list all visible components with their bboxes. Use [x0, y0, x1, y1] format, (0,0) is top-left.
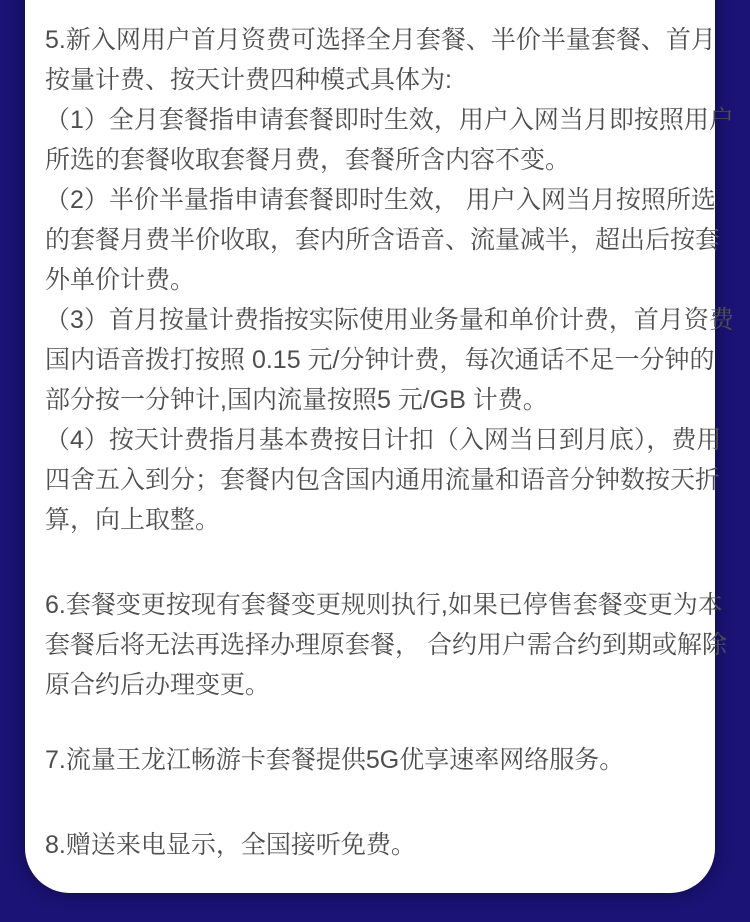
terms-line: 5.新入网用户首月资费可选择全月套餐、半价半量套餐、首月: [45, 20, 697, 60]
terms-section-caller-id: 8.赠送来电显示，全国接听免费。: [45, 825, 697, 865]
terms-line: 四舍五入到分；套餐内包含国内通用流量和语音分钟数按天折: [45, 460, 697, 500]
terms-line: 外单价计费。: [45, 260, 697, 300]
terms-line: 6.套餐变更按现有套餐变更规则执行,如果已停售套餐变更为本: [45, 585, 697, 625]
terms-line: （4）按天计费指月基本费按日计扣（入网当日到月底），费用: [45, 420, 697, 460]
terms-line: （3）首月按量计费指按实际使用业务量和单价计费，首月资费: [45, 300, 697, 340]
terms-line: 所选的套餐收取套餐月费，套餐所含内容不变。: [45, 140, 697, 180]
terms-line: 套餐后将无法再选择办理原套餐， 合约用户需合约到期或解除: [45, 625, 697, 665]
terms-line: 国内语音拨打按照 0.15 元/分钟计费，每次通话不足一分钟的: [45, 340, 697, 380]
terms-line: （1）全月套餐指申请套餐即时生效，用户入网当月即按照用户: [45, 100, 697, 140]
terms-section-first-month-billing: 5.新入网用户首月资费可选择全月套餐、半价半量套餐、首月按量计费、按天计费四种模…: [45, 20, 697, 540]
terms-line: 8.赠送来电显示，全国接听免费。: [45, 825, 697, 865]
terms-section-plan-change: 6.套餐变更按现有套餐变更规则执行,如果已停售套餐变更为本套餐后将无法再选择办理…: [45, 585, 697, 705]
terms-line: 7.流量王龙江畅游卡套餐提供5G优享速率网络服务。: [45, 740, 697, 780]
terms-content: 5.新入网用户首月资费可选择全月套餐、半价半量套餐、首月按量计费、按天计费四种模…: [25, 0, 715, 865]
terms-line: 的套餐月费半价收取，套内所含语音、流量减半，超出后按套: [45, 220, 697, 260]
terms-line: 算，向上取整。: [45, 500, 697, 540]
terms-line: 按量计费、按天计费四种模式具体为:: [45, 60, 697, 100]
page-background: 5.新入网用户首月资费可选择全月套餐、半价半量套餐、首月按量计费、按天计费四种模…: [0, 0, 750, 922]
terms-line: 原合约后办理变更。: [45, 665, 697, 705]
terms-card: 5.新入网用户首月资费可选择全月套餐、半价半量套餐、首月按量计费、按天计费四种模…: [25, 0, 715, 893]
terms-line: （2）半价半量指申请套餐即时生效， 用户入网当月按照所选: [45, 180, 697, 220]
terms-section-5g-service: 7.流量王龙江畅游卡套餐提供5G优享速率网络服务。: [45, 740, 697, 780]
terms-line: 部分按一分钟计,国内流量按照5 元/GB 计费。: [45, 380, 697, 420]
